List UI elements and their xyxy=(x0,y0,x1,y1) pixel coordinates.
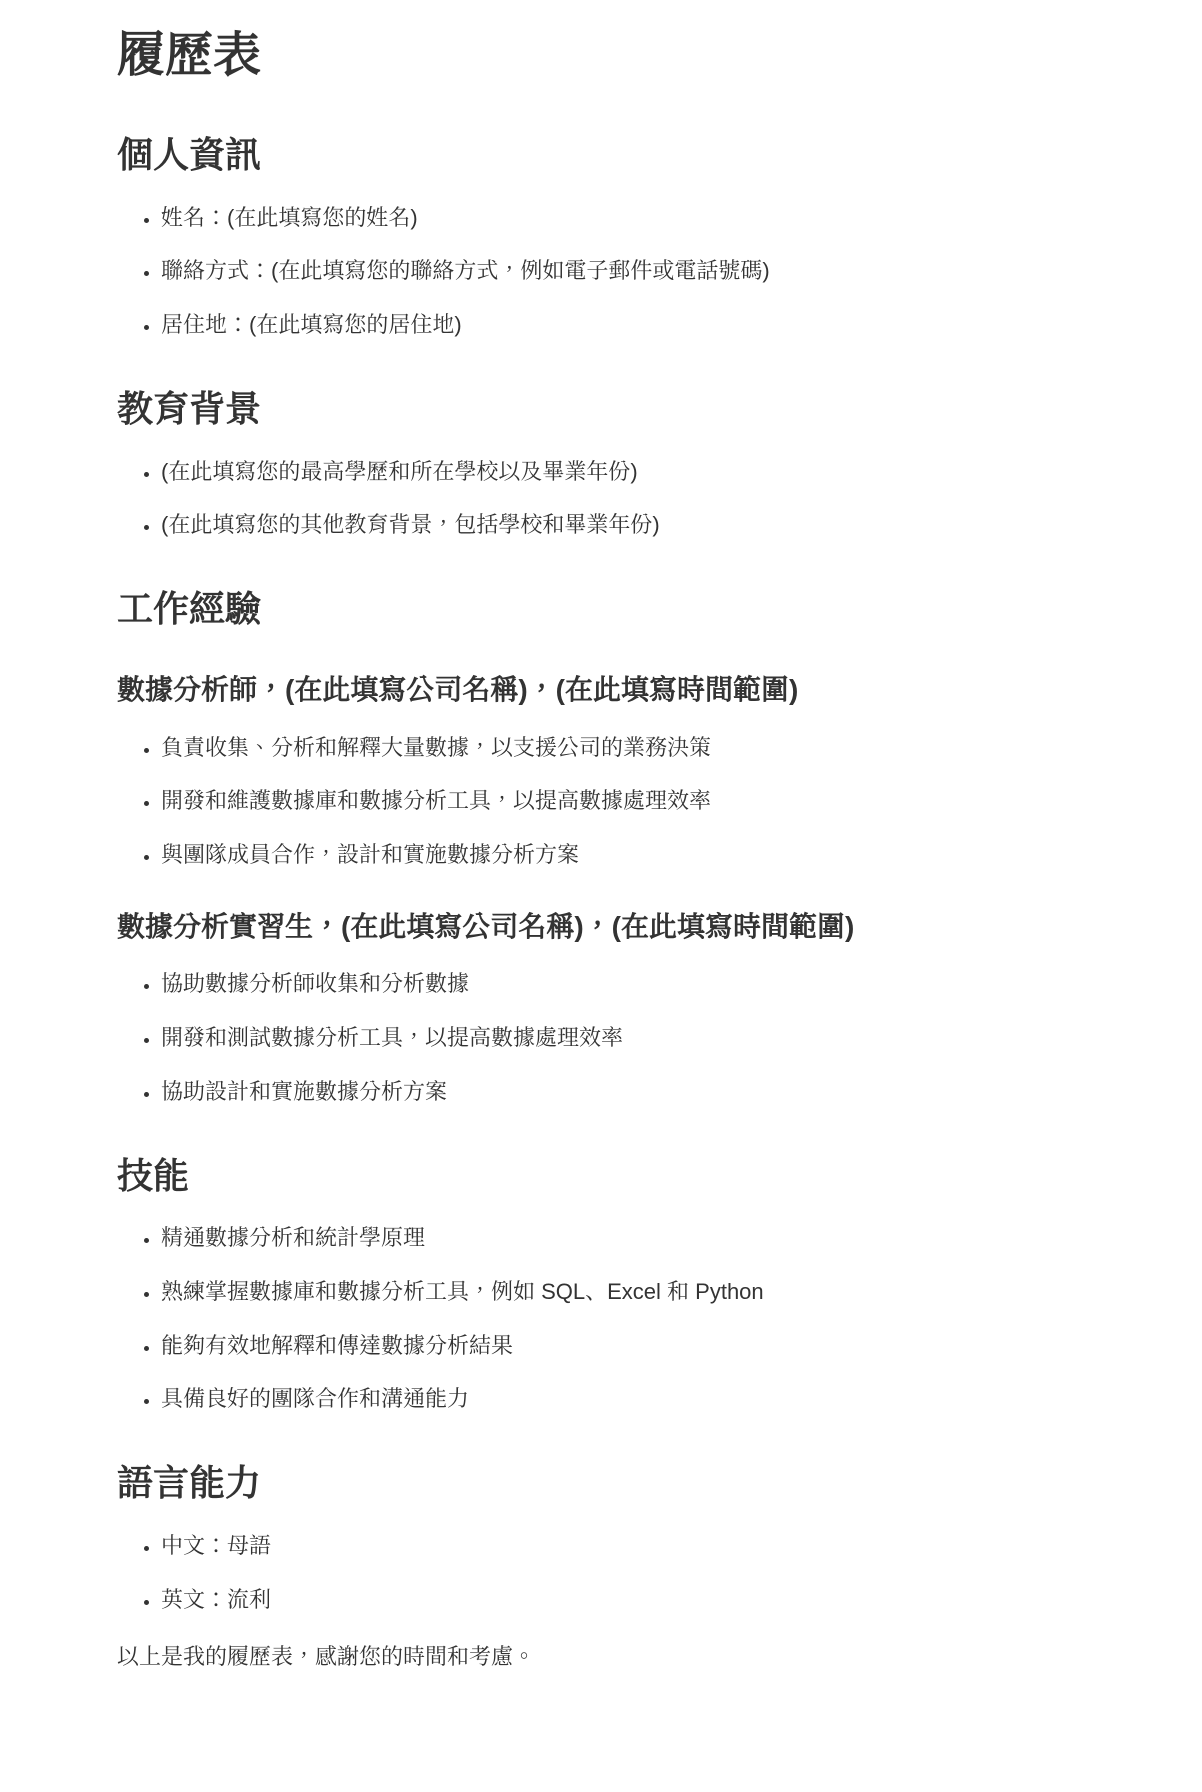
resume-document: 履歷表 個人資訊 姓名：(在此填寫您的姓名) 聯絡方式：(在此填寫您的聯絡方式，… xyxy=(117,0,1085,1792)
bullet-list-skills: 精通數據分析和統計學原理 熟練掌握數據庫和數據分析工具，例如 SQL、Excel… xyxy=(117,1223,1085,1414)
job-heading-data-analyst-intern: 數據分析實習生，(在此填寫公司名稱)，(在此填寫時間範圍) xyxy=(117,908,1085,946)
section-heading-education: 教育背景 xyxy=(117,386,1085,433)
list-item: 開發和維護數據庫和數據分析工具，以提高數據處理效率 xyxy=(161,786,1085,816)
list-item: 開發和測試數據分析工具，以提高數據處理效率 xyxy=(161,1023,1085,1053)
bullet-list-education: (在此填寫您的最高學歷和所在學校以及畢業年份) (在此填寫您的其他教育背景，包括… xyxy=(117,457,1085,540)
list-item: 英文：流利 xyxy=(161,1585,1085,1615)
job-heading-data-analyst: 數據分析師，(在此填寫公司名稱)，(在此填寫時間範圍) xyxy=(117,671,1085,709)
closing-line: 以上是我的履歷表，感謝您的時間和考慮。 xyxy=(117,1642,1085,1672)
list-item: 聯絡方式：(在此填寫您的聯絡方式，例如電子郵件或電話號碼) xyxy=(161,256,1085,286)
bullet-list-data-analyst-intern: 協助數據分析師收集和分析數據 開發和測試數據分析工具，以提高數據處理效率 協助設… xyxy=(117,969,1085,1106)
list-item: 居住地：(在此填寫您的居住地) xyxy=(161,310,1085,340)
bullet-list-languages: 中文：母語 英文：流利 xyxy=(117,1531,1085,1614)
list-item: (在此填寫您的最高學歷和所在學校以及畢業年份) xyxy=(161,457,1085,487)
section-education: 教育背景 (在此填寫您的最高學歷和所在學校以及畢業年份) (在此填寫您的其他教育… xyxy=(117,386,1085,540)
bullet-list-data-analyst: 負責收集、分析和解釋大量數據，以支援公司的業務決策 開發和維護數據庫和數據分析工… xyxy=(117,733,1085,870)
list-item: (在此填寫您的其他教育背景，包括學校和畢業年份) xyxy=(161,510,1085,540)
section-heading-work-experience: 工作經驗 xyxy=(117,586,1085,633)
section-heading-personal-info: 個人資訊 xyxy=(117,132,1085,179)
list-item: 協助數據分析師收集和分析數據 xyxy=(161,969,1085,999)
bullet-list-personal-info: 姓名：(在此填寫您的姓名) 聯絡方式：(在此填寫您的聯絡方式，例如電子郵件或電話… xyxy=(117,203,1085,340)
section-heading-skills: 技能 xyxy=(117,1153,1085,1200)
section-work-experience: 工作經驗 數據分析師，(在此填寫公司名稱)，(在此填寫時間範圍) 負責收集、分析… xyxy=(117,586,1085,1107)
list-item: 具備良好的團隊合作和溝通能力 xyxy=(161,1384,1085,1414)
list-item: 精通數據分析和統計學原理 xyxy=(161,1223,1085,1253)
section-personal-info: 個人資訊 姓名：(在此填寫您的姓名) 聯絡方式：(在此填寫您的聯絡方式，例如電子… xyxy=(117,132,1085,340)
section-skills: 技能 精通數據分析和統計學原理 熟練掌握數據庫和數據分析工具，例如 SQL、Ex… xyxy=(117,1153,1085,1415)
list-item: 姓名：(在此填寫您的姓名) xyxy=(161,203,1085,233)
list-item: 能夠有效地解釋和傳達數據分析結果 xyxy=(161,1331,1085,1361)
list-item: 協助設計和實施數據分析方案 xyxy=(161,1077,1085,1107)
list-item: 與團隊成員合作，設計和實施數據分析方案 xyxy=(161,840,1085,870)
list-item: 中文：母語 xyxy=(161,1531,1085,1561)
section-heading-languages: 語言能力 xyxy=(117,1460,1085,1507)
section-languages: 語言能力 中文：母語 英文：流利 xyxy=(117,1460,1085,1614)
list-item: 負責收集、分析和解釋大量數據，以支援公司的業務決策 xyxy=(161,733,1085,763)
page-title: 履歷表 xyxy=(117,26,1085,86)
list-item: 熟練掌握數據庫和數據分析工具，例如 SQL、Excel 和 Python xyxy=(161,1277,1085,1307)
